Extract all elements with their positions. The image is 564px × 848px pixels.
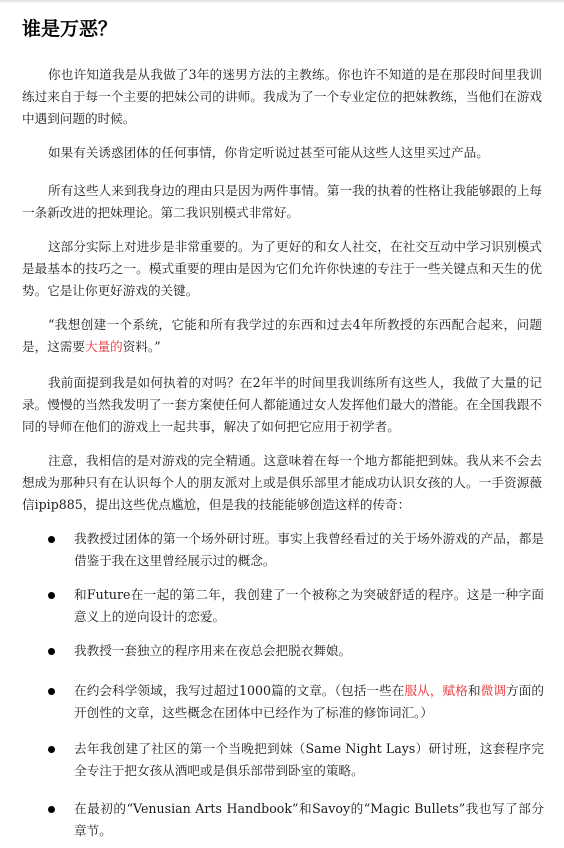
list-item-text: 去年我创建了社区的第一个当晚把到妹（Same Night Lays）研讨班，这套… — [74, 738, 544, 782]
bullet-icon — [48, 746, 55, 753]
highlight-text: 微调 — [481, 683, 506, 698]
bullet-icon — [48, 592, 55, 599]
paragraph-4: 这部分实际上对进步是非常重要的。为了更好的和女人社交，在社交互动中学习识别模式是… — [22, 236, 542, 302]
list-item-text: 在约会科学领域，我写过超过1000篇的文章。（包括一些在服从，赋格和微调方面的开… — [74, 680, 544, 724]
highlight-text: 赋格 — [443, 683, 468, 698]
list-item-text: 在最初的“Venusian Arts Handbook”和Savoy的“Magi… — [74, 798, 544, 842]
paragraph-3: 所有这些人来到我身边的理由只是因为两件事情。第一我的执着的性格让我能够跟的上每一… — [22, 180, 542, 224]
bullet-icon — [48, 648, 55, 655]
list-item: 我教授过团体的第一个场外研讨班。事实上我曾经看过的关于场外游戏的产品，都是借鉴于… — [48, 528, 544, 572]
list-item-text: 我教授一套独立的程序用来在夜总会把脱衣舞娘。 — [74, 640, 544, 662]
list-item: 我教授一套独立的程序用来在夜总会把脱衣舞娘。 — [48, 640, 544, 662]
list-item: 在约会科学领域，我写过超过1000篇的文章。（包括一些在服从，赋格和微调方面的开… — [48, 680, 544, 724]
list-item: 去年我创建了社区的第一个当晚把到妹（Same Night Lays）研讨班，这套… — [48, 738, 544, 782]
quote-paragraph: “我想创建一个系统，它能和所有我学过的东西和过去4年所教授的东西配合起来，问题是… — [22, 314, 542, 358]
list-item-text: 我教授过团体的第一个场外研讨班。事实上我曾经看过的关于场外游戏的产品，都是借鉴于… — [74, 528, 544, 572]
highlight-text: 服从， — [404, 683, 442, 698]
quote-text-after: 资料。” — [123, 339, 161, 354]
page-title: 谁是万恶？ — [22, 14, 117, 41]
paragraph-1: 你也许知道我是从我做了3年的迷男方法的主教练。你也许不知道的是在那段时间里我训练… — [22, 64, 542, 130]
paragraph-7: 注意，我相信的是对游戏的完全精通。这意味着在每一个地方都能把到妹。我从来不会去想… — [22, 450, 542, 516]
text-segment: 和 — [468, 683, 481, 698]
bullet-icon — [48, 536, 55, 543]
list-item-text: 和Future在一起的第二年，我创建了一个被称之为突破舒适的程序。这是一种字面意… — [74, 584, 544, 628]
bullet-icon — [48, 688, 55, 695]
text-segment: 在约会科学领域，我写过超过1000篇的文章。（包括一些在 — [74, 683, 404, 698]
highlight-text: 大量的 — [85, 339, 123, 354]
paragraph-6: 我前面提到我是如何执着的对吗？在2年半的时间里我训练所有这些人，我做了大量的记录… — [22, 372, 542, 438]
bullet-icon — [48, 806, 55, 813]
list-item: 和Future在一起的第二年，我创建了一个被称之为突破舒适的程序。这是一种字面意… — [48, 584, 544, 628]
top-border — [0, 0, 564, 3]
list-item: 在最初的“Venusian Arts Handbook”和Savoy的“Magi… — [48, 798, 544, 842]
paragraph-2: 如果有关诱惑团体的任何事情，你肯定听说过甚至可能从这些人这里买过产品。 — [22, 142, 542, 164]
